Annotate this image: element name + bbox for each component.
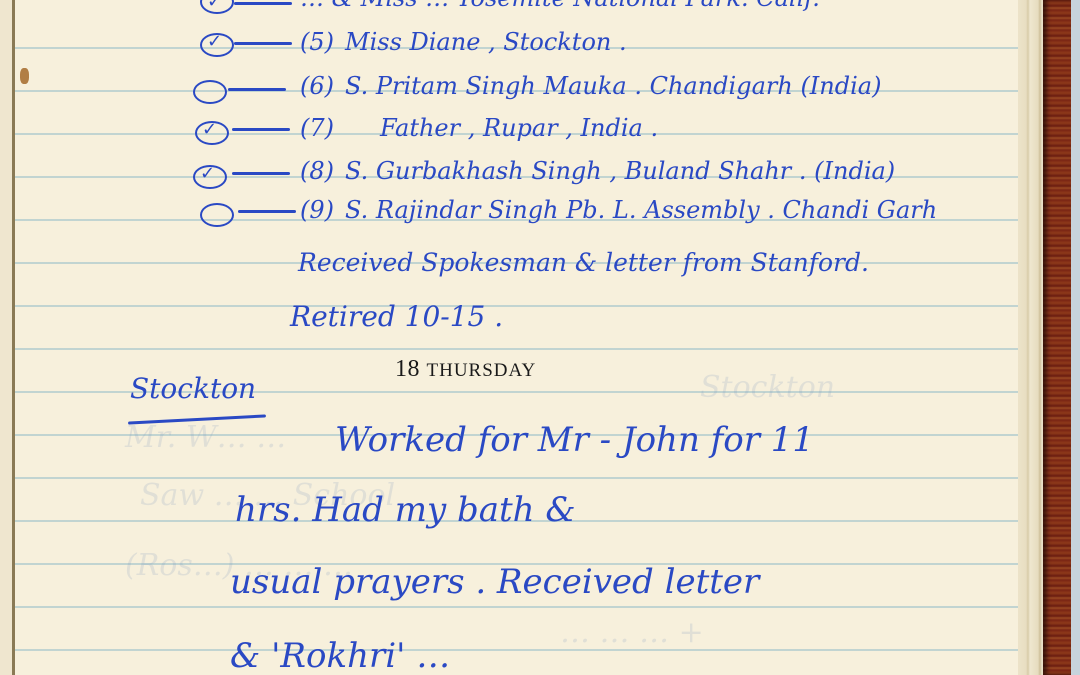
list-item-number: (9) [300,196,334,224]
entry-line: & 'Rokhri' … [230,636,450,675]
entry-line: Worked for Mr - John for 11 [335,420,814,460]
list-item-text: Miss Diane , Stockton . [345,28,627,56]
list-item-number: (8) [300,157,334,185]
bleed-through-text: Mr. W… … [125,420,286,455]
checkmark-icon: ✓ [202,119,217,140]
checkmark-icon: ✓ [200,163,215,184]
scan-background [1071,0,1080,675]
bleed-through-text: Stockton [700,370,835,405]
list-dash [234,2,292,5]
list-item-text: S. Gurbakhash Singh , Buland Shahr . (In… [345,157,895,185]
list-dash [232,128,290,131]
ink-stain [20,68,29,84]
entry-line: usual prayers . Received letter [230,562,759,602]
checkmark-icon: ✓ [207,31,222,52]
entry-line: hrs. Had my bath & [235,490,576,530]
list-dash [232,172,290,175]
date-day-number: 18 [395,356,420,382]
list-item-text: S. Rajindar Singh Pb. L. Assembly . Chan… [345,196,937,224]
list-dash [238,210,296,213]
list-item-text: Father , Rupar , India . [380,114,658,142]
note-received-mail: Received Spokesman & letter from Stanfor… [298,248,869,277]
list-item-text: … & Miss … Yosemite National Park. Calif… [300,0,820,12]
checkbox-circle-icon [193,80,227,104]
list-item-number: (6) [300,72,334,100]
checkbox-circle-icon [200,203,234,227]
printed-date-heading: 18 THURSDAY [395,356,536,383]
list-dash [234,42,292,45]
entry-location: Stockton [130,372,256,405]
binding-gutter-line [12,0,15,675]
date-weekday: THURSDAY [427,360,537,381]
list-dash [228,88,286,91]
note-retired-time: Retired 10-15 . [290,300,503,333]
list-item-text: S. Pritam Singh Mauka . Chandigarh (Indi… [345,72,881,100]
previous-page-edge [0,0,12,675]
list-item-number: (5) [300,28,334,56]
leather-cover-binding [1043,0,1071,675]
list-item-number: (7) [300,114,334,142]
bleed-through-text: … … … + [560,615,704,650]
checkmark-icon: ✓ [207,0,222,12]
